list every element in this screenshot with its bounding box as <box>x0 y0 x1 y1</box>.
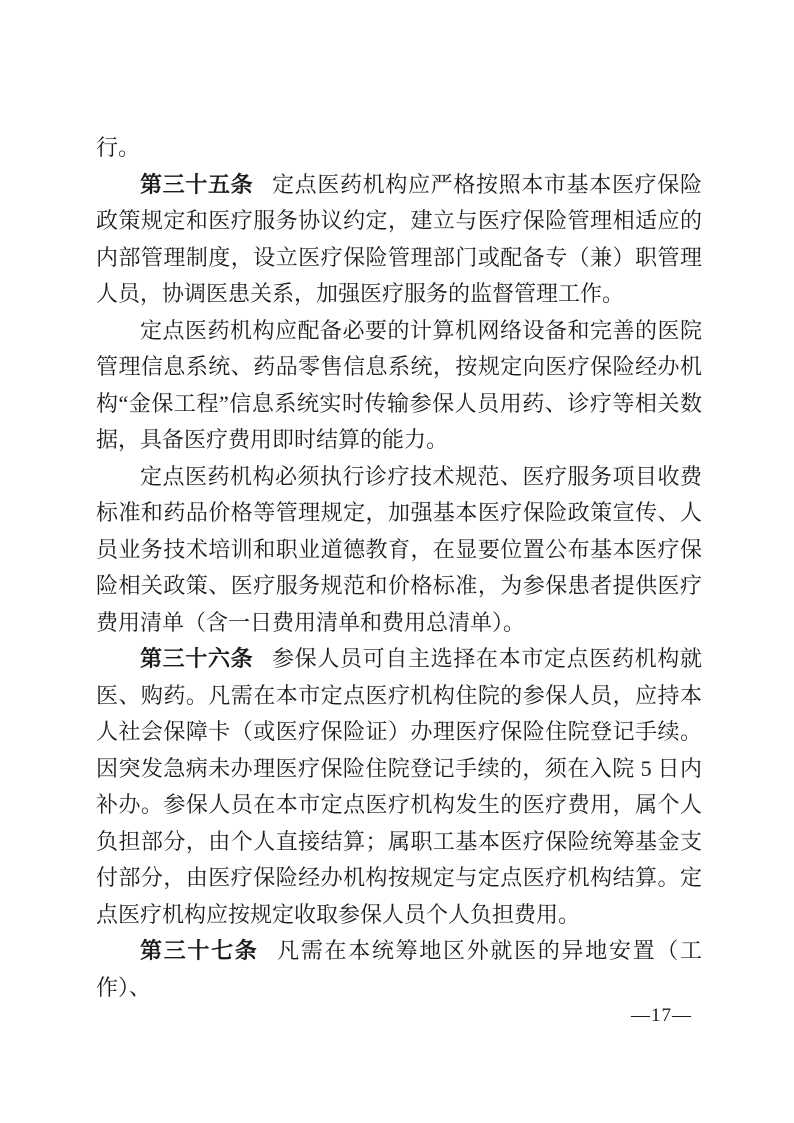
paragraph-text: 参保人员可自主选择在本市定点医药机构就医、购药。凡需在本市定点医疗机构住院的参保… <box>96 646 702 927</box>
paragraph-continuation: 行。 <box>96 130 702 167</box>
article-37-number: 第三十七条 <box>140 938 258 963</box>
document-page: 行。 第三十五条定点医药机构应严格按照本市基本医疗保险政策规定和医疗服务协议约定… <box>0 0 794 1123</box>
article-36-number: 第三十六条 <box>140 646 253 671</box>
paragraph-text: 定点医药机构必须执行诊疗技术规范、医疗服务项目收费标准和药品价格等管理规定，加强… <box>96 464 702 635</box>
page-number: —17— <box>631 1005 692 1027</box>
paragraph-text: 定点医药机构应配备必要的计算机网络设备和完善的医院管理信息系统、药品零售信息系统… <box>96 318 702 453</box>
paragraph-service-standards: 定点医药机构必须执行诊疗技术规范、医疗服务项目收费标准和药品价格等管理规定，加强… <box>96 459 702 642</box>
paragraph-equipment-requirements: 定点医药机构应配备必要的计算机网络设备和完善的医院管理信息系统、药品零售信息系统… <box>96 313 702 459</box>
article-35-number: 第三十五条 <box>140 172 253 197</box>
paragraph-article-35: 第三十五条定点医药机构应严格按照本市基本医疗保险政策规定和医疗服务协议约定，建立… <box>96 167 702 313</box>
paragraph-article-37: 第三十七条凡需在本统筹地区外就医的异地安置（工作）、 <box>96 933 702 1006</box>
document-body: 行。 第三十五条定点医药机构应严格按照本市基本医疗保险政策规定和医疗服务协议约定… <box>96 130 702 1006</box>
paragraph-text: 行。 <box>96 135 140 160</box>
paragraph-article-36: 第三十六条参保人员可自主选择在本市定点医药机构就医、购药。凡需在本市定点医疗机构… <box>96 641 702 933</box>
